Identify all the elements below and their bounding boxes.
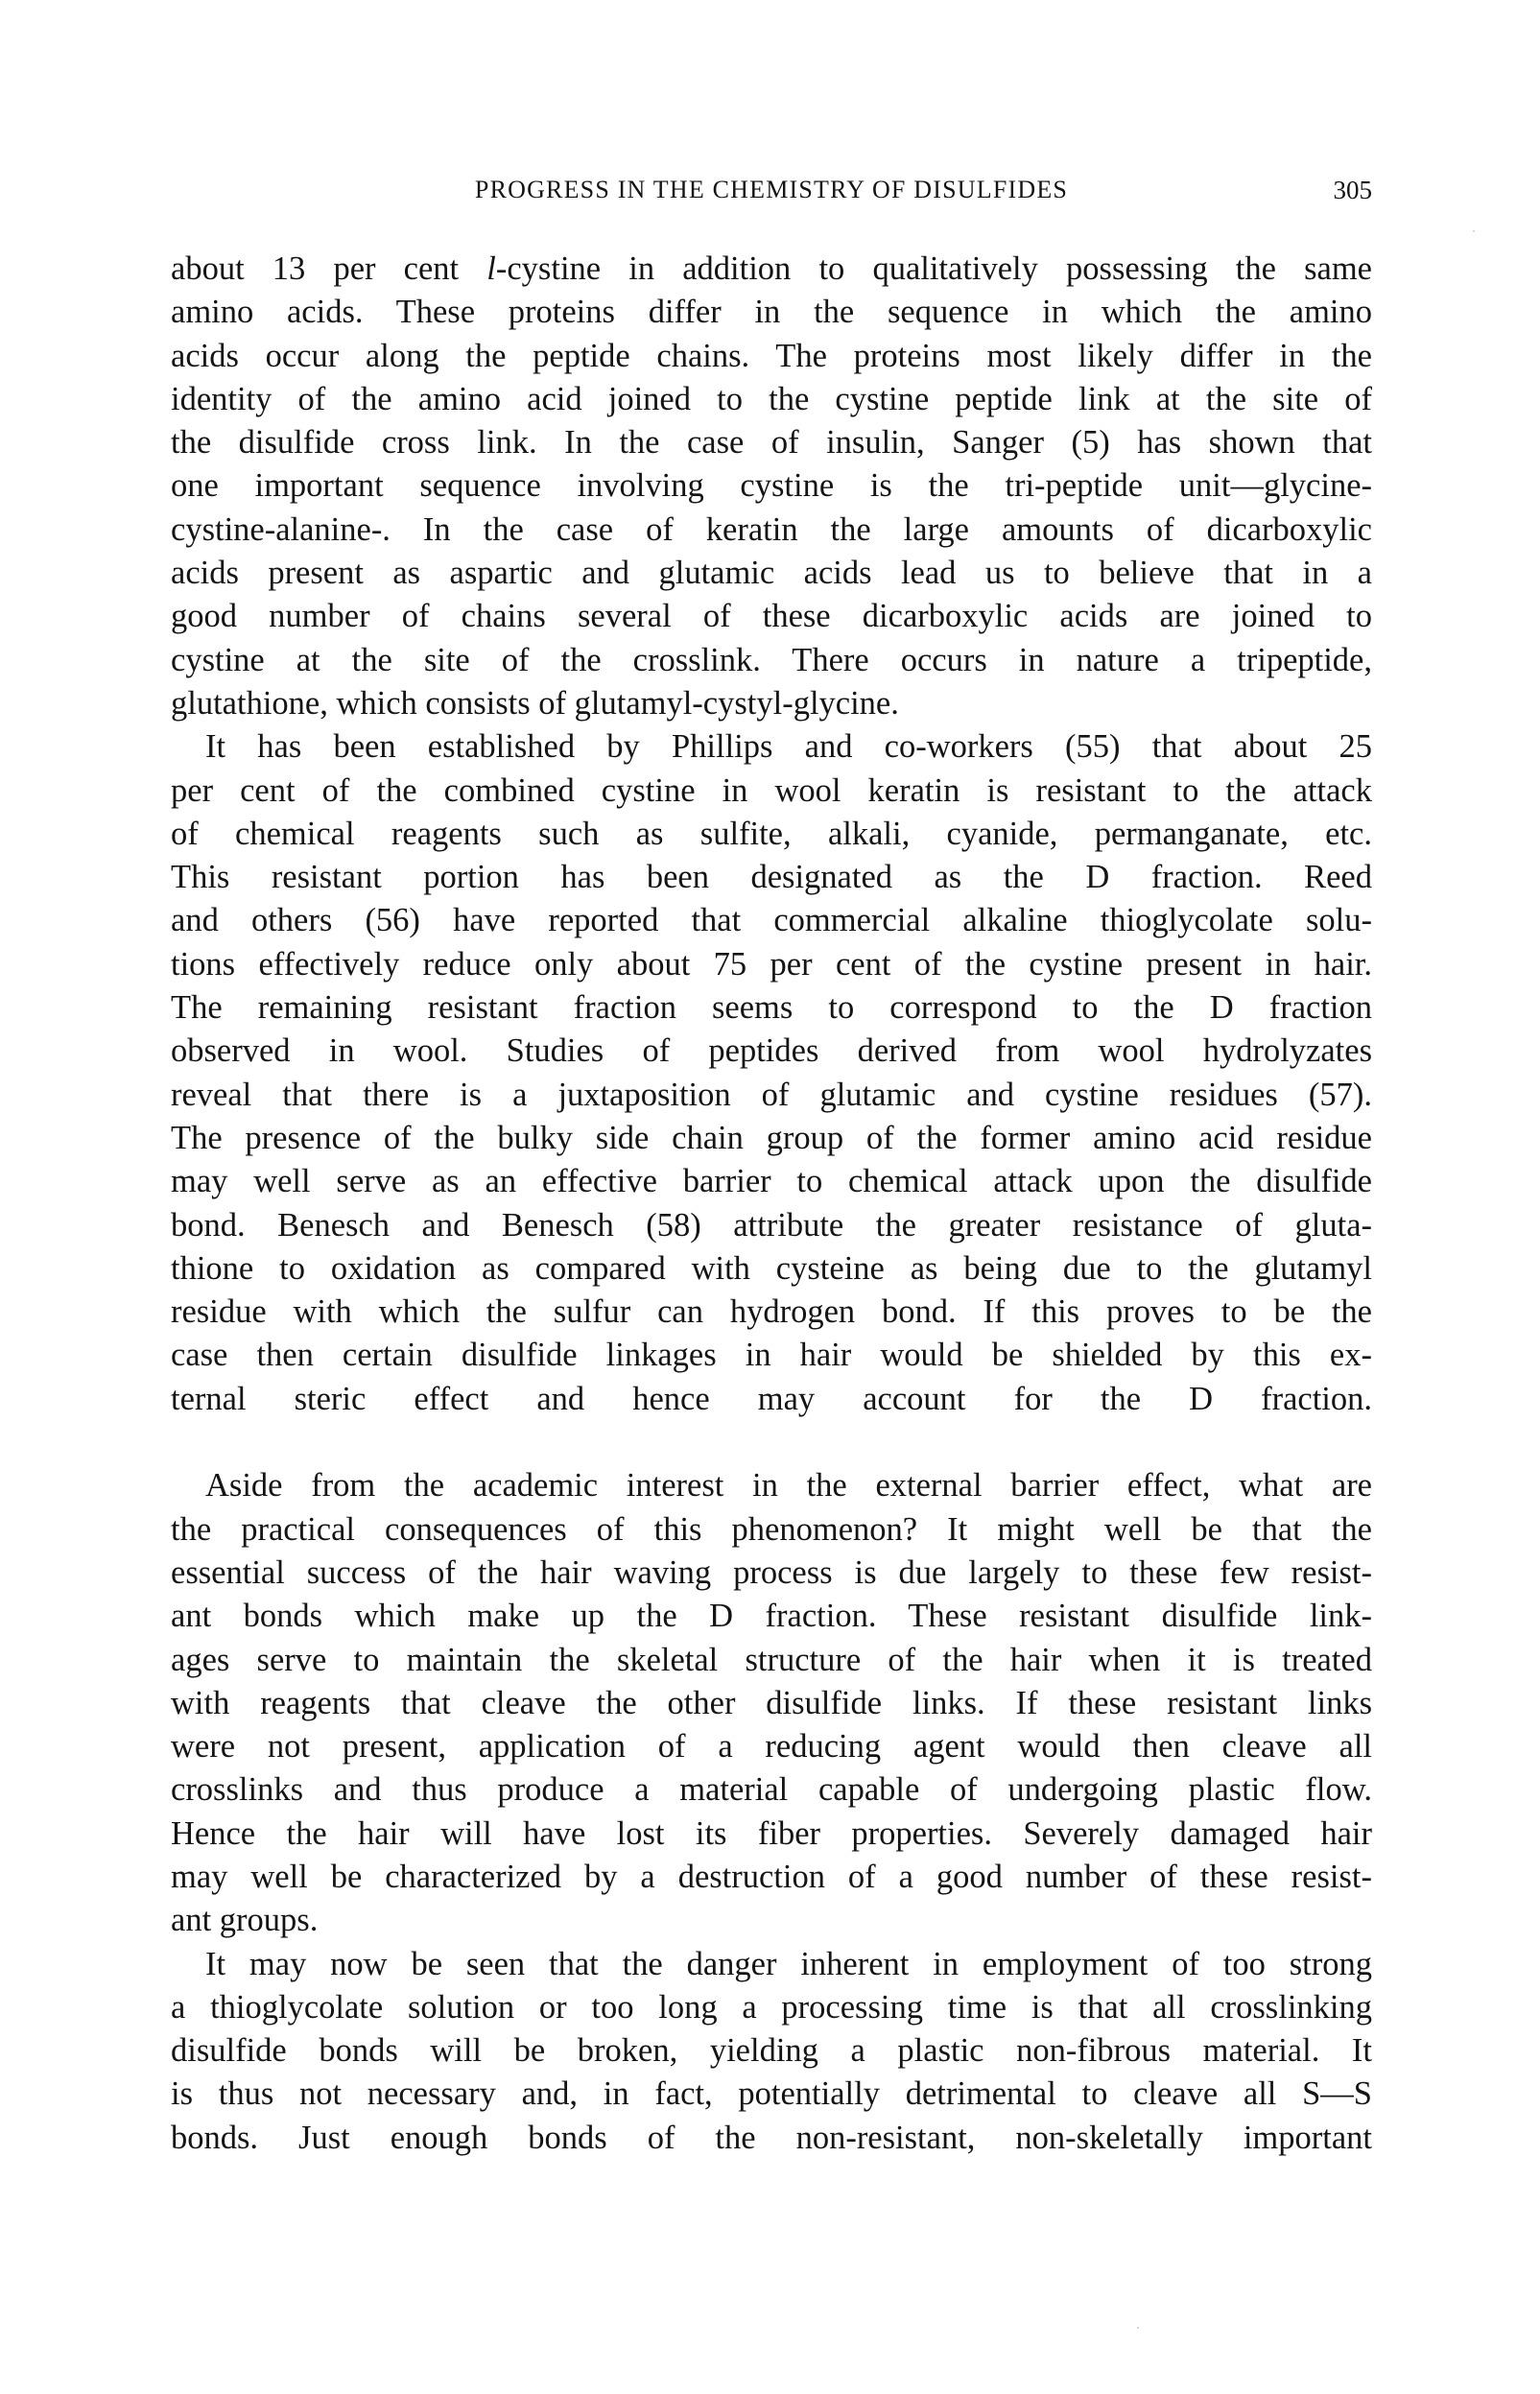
text-run: -cystine in addition to qualitatively po…: [496, 250, 1372, 287]
text-line: bond. Benesch and Benesch (58) attribute…: [171, 1204, 1372, 1247]
text-run: about 13 per cent: [171, 250, 486, 287]
text-line: observed in wool. Studies of peptides de…: [171, 1030, 1372, 1073]
running-title: PROGRESS IN THE CHEMISTRY OF DISULFIDES: [171, 171, 1372, 209]
running-head: PROGRESS IN THE CHEMISTRY OF DISULFIDES …: [171, 171, 1372, 209]
text-line: amino acids. These proteins differ in th…: [171, 291, 1372, 334]
text-line: ages serve to maintain the skeletal stru…: [171, 1639, 1372, 1682]
text-line: the disulfide cross link. In the case of…: [171, 421, 1372, 464]
text-line: Hence the hair will have lost its fiber …: [171, 1813, 1372, 1856]
text-line: the practical consequences of this pheno…: [171, 1508, 1372, 1552]
text-line: disulfide bonds will be broken, yielding…: [171, 2029, 1372, 2073]
text-line: [171, 1421, 1372, 1464]
text-line: ant groups.: [171, 1899, 1372, 1942]
text-line: per cent of the combined cystine in wool…: [171, 770, 1372, 813]
text-line: may well be characterized by a destructi…: [171, 1856, 1372, 1899]
text-line: reveal that there is a juxtaposition of …: [171, 1074, 1372, 1117]
text-line: ternal steric effect and hence may accou…: [171, 1378, 1372, 1421]
text-line: bonds. Just enough bonds of the non-resi…: [171, 2117, 1372, 2160]
text-line: about 13 per cent l-cystine in addition …: [171, 248, 1372, 291]
text-line: Aside from the academic interest in the …: [171, 1464, 1372, 1507]
text-line: The remaining resistant fraction seems t…: [171, 986, 1372, 1030]
text-line: good number of chains several of these d…: [171, 595, 1372, 638]
scan-speck: [1137, 2327, 1139, 2329]
paragraph-4: It may now be seen that the danger inher…: [171, 1943, 1372, 2160]
text-line: ant bonds which make up the D fraction. …: [171, 1595, 1372, 1638]
text-line: crosslinks and thus produce a material c…: [171, 1768, 1372, 1812]
text-line: cystine at the site of the crosslink. Th…: [171, 639, 1372, 682]
text-line: acids occur along the peptide chains. Th…: [171, 335, 1372, 378]
text-line: one important sequence involving cystine…: [171, 464, 1372, 508]
text-line: thione to oxidation as compared with cys…: [171, 1247, 1372, 1291]
paragraph-3: Aside from the academic interest in the …: [171, 1464, 1372, 1942]
text-line: of chemical reagents such as sulfite, al…: [171, 813, 1372, 856]
l-isomer-prefix: l: [486, 250, 496, 287]
text-line: It has been established by Phillips and …: [171, 725, 1372, 769]
text-line: It may now be seen that the danger inher…: [171, 1943, 1372, 1986]
text-line: with reagents that cleave the other disu…: [171, 1682, 1372, 1725]
text-line: may well serve as an effective barrier t…: [171, 1160, 1372, 1203]
scan-speck: [1473, 230, 1475, 232]
paragraph-1: about 13 per cent l-cystine in addition …: [171, 248, 1372, 725]
text-line: identity of the amino acid joined to the…: [171, 378, 1372, 421]
text-line: residue with which the sulfur can hydrog…: [171, 1291, 1372, 1334]
text-line: were not present, application of a reduc…: [171, 1725, 1372, 1768]
text-line: cystine-alanine-. In the case of keratin…: [171, 509, 1372, 552]
text-line: is thus not necessary and, in fact, pote…: [171, 2073, 1372, 2116]
text-line: glutathione, which consists of glutamyl-…: [171, 682, 1372, 725]
paragraph-2: It has been established by Phillips and …: [171, 725, 1372, 1464]
book-page: PROGRESS IN THE CHEMISTRY OF DISULFIDES …: [0, 0, 1540, 2394]
text-line: tions effectively reduce only about 75 p…: [171, 943, 1372, 986]
text-line: acids present as aspartic and glutamic a…: [171, 552, 1372, 595]
text-line: a thioglycolate solution or too long a p…: [171, 1986, 1372, 2029]
text-line: This resistant portion has been designat…: [171, 856, 1372, 899]
body-text: about 13 per cent l-cystine in addition …: [171, 248, 1372, 2160]
text-line: and others (56) have reported that comme…: [171, 899, 1372, 942]
text-line: essential success of the hair waving pro…: [171, 1552, 1372, 1595]
page-number: 305: [1334, 171, 1373, 209]
text-line: The presence of the bulky side chain gro…: [171, 1117, 1372, 1160]
text-line: case then certain disulfide linkages in …: [171, 1334, 1372, 1377]
